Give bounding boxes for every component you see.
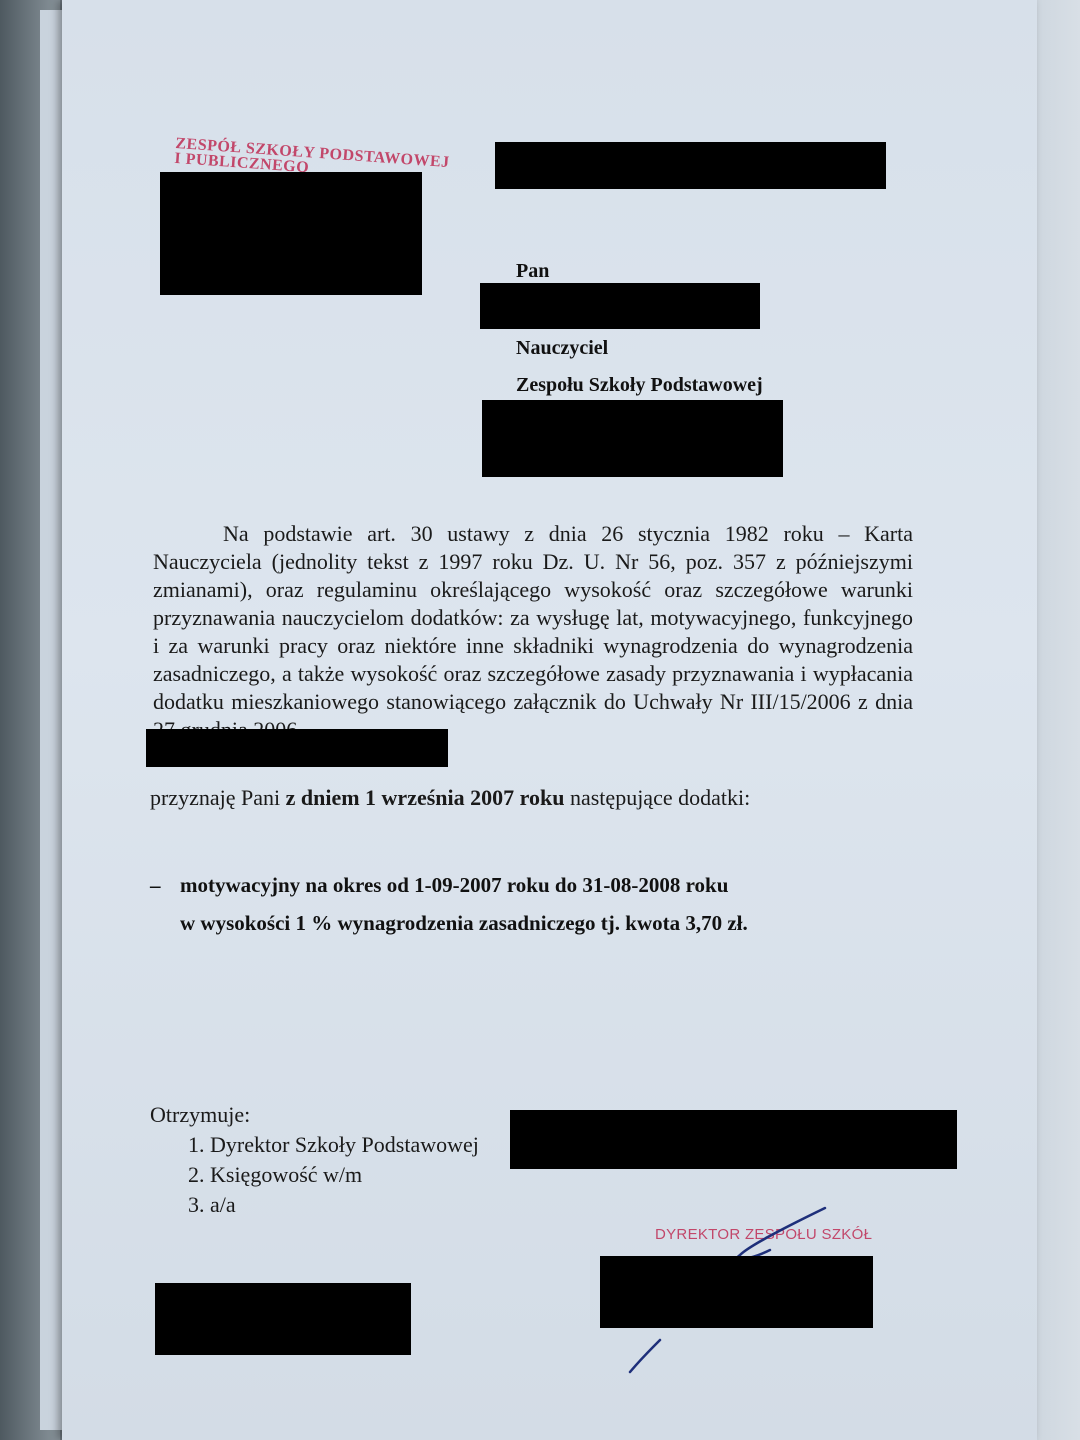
addressee-salutation: Pan	[516, 260, 549, 283]
redaction-body	[146, 729, 448, 767]
grant-statement: przyznaję Pani z dniem 1 września 2007 r…	[150, 785, 750, 811]
grant-prefix: przyznaję Pani	[150, 785, 286, 810]
grant-date: z dniem 1 września 2007 roku	[286, 785, 565, 810]
recipients-heading: Otrzymuje:	[150, 1100, 479, 1130]
recipients-list: Otrzymuje: Dyrektor Szkoły Podstawowej K…	[150, 1100, 479, 1220]
recipient-item: Dyrektor Szkoły Podstawowej	[210, 1130, 479, 1160]
recipient-item: Księgowość w/m	[210, 1160, 479, 1190]
redaction-institution-address	[482, 400, 783, 477]
addressee-institution: Zespołu Szkoły Podstawowej	[516, 374, 763, 397]
allowance-period: motywacyjny na okres od 1-09-2007 roku d…	[180, 873, 728, 897]
redaction-recipient	[510, 1110, 957, 1169]
dash-bullet: –	[150, 866, 180, 904]
allowance-amount: w wysokości 1 % wynagrodzenia zasadnicze…	[150, 904, 748, 942]
redaction-header	[495, 142, 886, 189]
addressee-role: Nauczyciel	[516, 337, 608, 360]
redaction-footer	[155, 1283, 411, 1355]
redaction-addressee-name	[480, 283, 760, 329]
grant-suffix: następujące dodatki:	[564, 785, 750, 810]
redaction-director-name	[600, 1256, 873, 1328]
allowance-item: –motywacyjny na okres od 1-09-2007 roku …	[150, 866, 748, 942]
redaction-school-address	[160, 172, 422, 295]
recipient-item: a/a	[210, 1190, 479, 1220]
legal-basis-paragraph: Na podstawie art. 30 ustawy z dnia 26 st…	[153, 520, 913, 744]
